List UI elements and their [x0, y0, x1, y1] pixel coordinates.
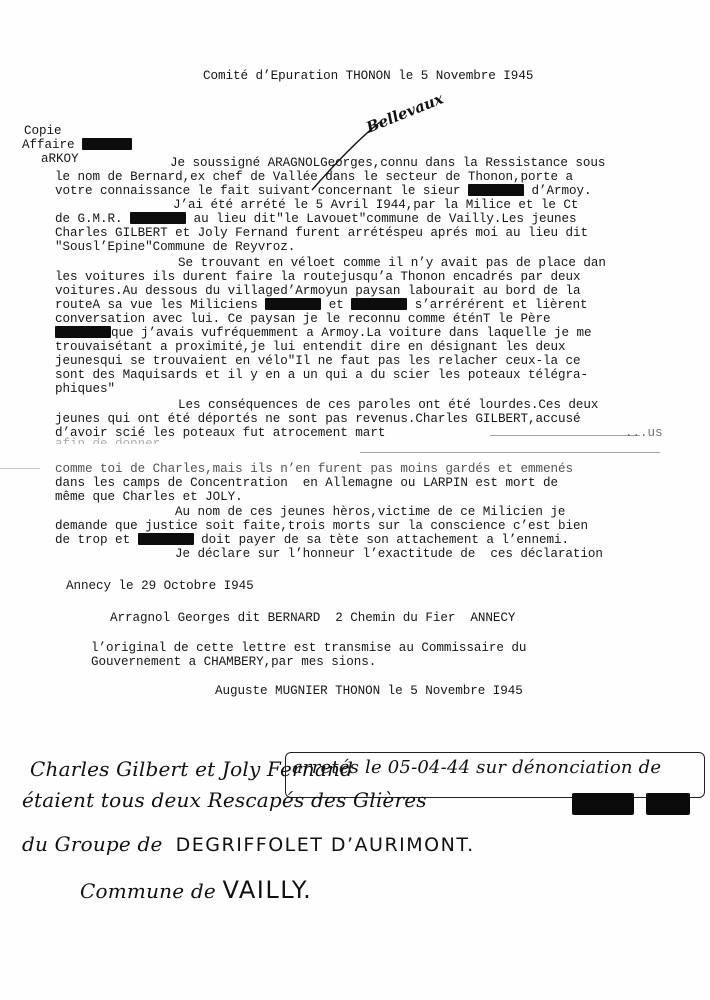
redaction-bar	[646, 793, 690, 815]
body-text: routeA sa vue les Miliciens	[55, 298, 258, 312]
redaction-bar	[138, 533, 194, 545]
smudge-line	[0, 468, 40, 469]
body-line: Se trouvant en véloet comme il n’y avait…	[178, 256, 606, 270]
closing-date: Annecy le 29 Octobre I945	[66, 579, 254, 593]
faded-text: afin de donner	[55, 437, 160, 444]
body-line: les voitures ils durent faire la routeju…	[55, 270, 581, 284]
document-page: Comité d’Epuration THONON le 5 Novembre …	[0, 0, 710, 1000]
body-line: même que Charles et JOLY.	[55, 490, 243, 504]
body-line: de trop et doit payer de sa tète son att…	[55, 533, 569, 547]
handwritten-text: DEGRIFFOLET D’AURIMONT.	[176, 834, 475, 856]
redaction-bar	[351, 298, 407, 310]
handwritten-line: Commune de VAILLY.	[80, 876, 312, 904]
smudge-line	[490, 435, 640, 436]
body-line: Charles GILBERT et Joly Fernand furent a…	[55, 226, 588, 240]
body-line: trouvaisétant a proximité,je lui entendi…	[55, 340, 566, 354]
body-text: votre connaissance le fait suivant conce…	[55, 184, 460, 198]
body-text: au lieu dit"le Lavouet"commune de Vailly…	[194, 212, 577, 226]
closing-note: Gouvernement a CHAMBERY,par mes sions.	[91, 655, 376, 669]
handwritten-line: étaient tous deux Rescapés des Glières	[22, 788, 427, 812]
body-line: demande que justice soit faite,trois mor…	[55, 519, 588, 533]
body-line: "Sousl’Epine"Commune de Reyvroz.	[55, 240, 295, 254]
body-line: Les conséquences de ces paroles ont été …	[178, 398, 598, 412]
body-text: et	[329, 298, 344, 312]
redaction-bar	[572, 793, 634, 815]
body-text: de trop et	[55, 533, 130, 547]
handwritten-text: Commune de	[80, 879, 216, 903]
body-line: dans les camps de Concentration en Allem…	[55, 476, 558, 490]
body-line: Au nom de ces jeunes hèros,victime de ce…	[175, 505, 565, 519]
body-line: votre connaissance le fait suivant conce…	[55, 184, 592, 198]
document-header-title: Comité d’Epuration THONON le 5 Novembre …	[203, 69, 533, 83]
closing-copy-line: Auguste MUGNIER THONON le 5 Novembre I94…	[215, 684, 523, 698]
body-text: doit payer de sa tète son attachement a …	[201, 533, 569, 547]
body-line: J’ai été arrété le 5 Avril I944,par la M…	[173, 198, 578, 212]
body-text: que j’avais vufréquemment a Armoy.La voi…	[111, 326, 591, 340]
handwritten-text: VAILLY.	[222, 876, 312, 904]
body-line: jeunes qui ont été déportés ne sont pas …	[55, 412, 581, 426]
body-line: jeunesqui se trouvaient en vélo"Il ne fa…	[55, 354, 581, 368]
affair-text: Affaire	[22, 138, 75, 152]
body-line: Je déclare sur l’honneur l’exactitude de…	[175, 547, 603, 561]
body-line: que j’avais vufréquemment a Armoy.La voi…	[55, 326, 591, 340]
copy-label: Copie	[24, 124, 62, 138]
redaction-bar	[265, 298, 321, 310]
body-line: Je soussigné ARAGNOLGeorges,connu dans l…	[170, 156, 605, 170]
body-text: de G.M.R.	[55, 212, 123, 226]
body-line: le nom de Bernard,ex chef de Vallée dans…	[55, 170, 573, 184]
handwritten-text: du Groupe de	[22, 832, 163, 856]
affair-label: Affaire	[22, 138, 132, 152]
body-line: comme toi de Charles,mais ils n’en furen…	[55, 462, 573, 476]
redaction-bar	[468, 184, 524, 196]
redaction-bar	[130, 212, 186, 224]
place-label: aRKOY	[41, 152, 79, 166]
redaction-bar	[82, 138, 132, 150]
body-line: sont des Maquisards et il y en a un qui …	[55, 368, 588, 382]
body-line: phiques"	[55, 382, 115, 396]
closing-note: l’original de cette lettre est transmise…	[91, 641, 526, 655]
handwritten-line: du Groupe de DEGRIFFOLET D’AURIMONT.	[22, 832, 475, 856]
body-line: de G.M.R. au lieu dit"le Lavouet"commune…	[55, 212, 577, 226]
faded-text: ...us	[625, 426, 663, 440]
body-text: d’Armoy.	[531, 184, 591, 198]
body-line: conversation avec lui. Ce paysan je le r…	[55, 312, 551, 326]
body-text: s’arrérérent et lièrent	[415, 298, 588, 312]
redaction-bar	[55, 326, 111, 338]
body-line: routeA sa vue les Miliciens et s’arrérér…	[55, 298, 587, 312]
smudge-line	[360, 452, 660, 453]
body-line: voitures.Au dessous du villaged’Armoyun …	[55, 284, 581, 298]
closing-signature: Arragnol Georges dit BERNARD 2 Chemin du…	[110, 611, 515, 625]
